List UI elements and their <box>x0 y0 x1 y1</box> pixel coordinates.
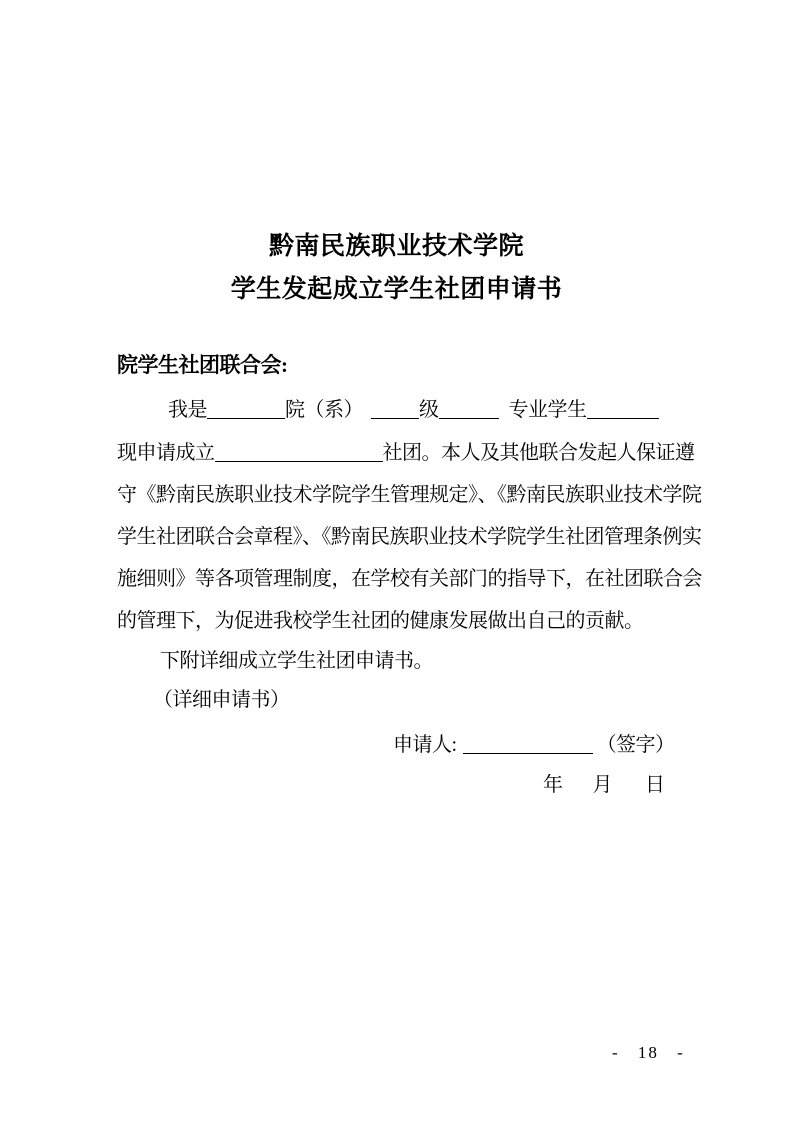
label-apply-prefix: 现申请成立 <box>117 442 215 464</box>
blank-association-name[interactable] <box>215 461 383 462</box>
document-page: 黔南民族职业技术学院 学生发起成立学生社团申请书 院学生社团联合会: 我是院（系… <box>0 0 793 1122</box>
identity-line: 我是院（系）级专业学生 <box>168 396 659 424</box>
pledge-line-1: 守《黔南民族职业技术学院学生管理规定》、《黔南民族职业技术学院 <box>117 481 702 509</box>
date-day-label: 日 <box>645 774 665 796</box>
blank-student-name[interactable] <box>587 418 659 419</box>
blank-grade[interactable] <box>371 418 419 419</box>
pledge-line-4: 的管理下，为促进我校学生社团的健康发展做出自己的贡献。 <box>117 607 644 635</box>
blank-college-name[interactable] <box>207 418 285 419</box>
pledge-line-3: 施细则》等各项管理制度，在学校有关部门的指导下，在社团联合会 <box>117 565 702 593</box>
blank-applicant-signature[interactable] <box>463 753 593 754</box>
label-we-are: 我是 <box>168 399 207 421</box>
detail-note: （详细申请书） <box>153 686 290 714</box>
label-apply-suffix: 社团。本人及其他联合发起人保证遵 <box>383 442 695 464</box>
sign-label: （签字） <box>597 734 675 756</box>
document-title-line1: 黔南民族职业技术学院 <box>0 226 793 262</box>
salutation-line: 院学生社团联合会: <box>117 351 288 379</box>
date-month-label: 月 <box>593 774 613 796</box>
signature-line: 申请人:（签字） <box>393 731 675 759</box>
apply-line: 现申请成立社团。本人及其他联合发起人保证遵 <box>117 439 695 467</box>
applicant-label: 申请人: <box>393 734 457 756</box>
label-grade-suffix: 级 <box>419 399 439 421</box>
date-year-label: 年 <box>543 774 563 796</box>
attachment-note: 下附详细成立学生社团申请书。 <box>160 647 433 675</box>
page-number: - 18 - <box>612 1043 685 1063</box>
blank-major[interactable] <box>439 418 499 419</box>
date-line: 年月日 <box>543 771 665 799</box>
pledge-line-2: 学生社团联合会章程》、《黔南民族职业技术学院学生社团管理条例实 <box>117 523 702 551</box>
document-title-line2: 学生发起成立学生社团申请书 <box>0 269 793 305</box>
label-major-suffix: 专业学生 <box>509 399 587 421</box>
label-college-suffix: 院（系） <box>285 399 363 421</box>
